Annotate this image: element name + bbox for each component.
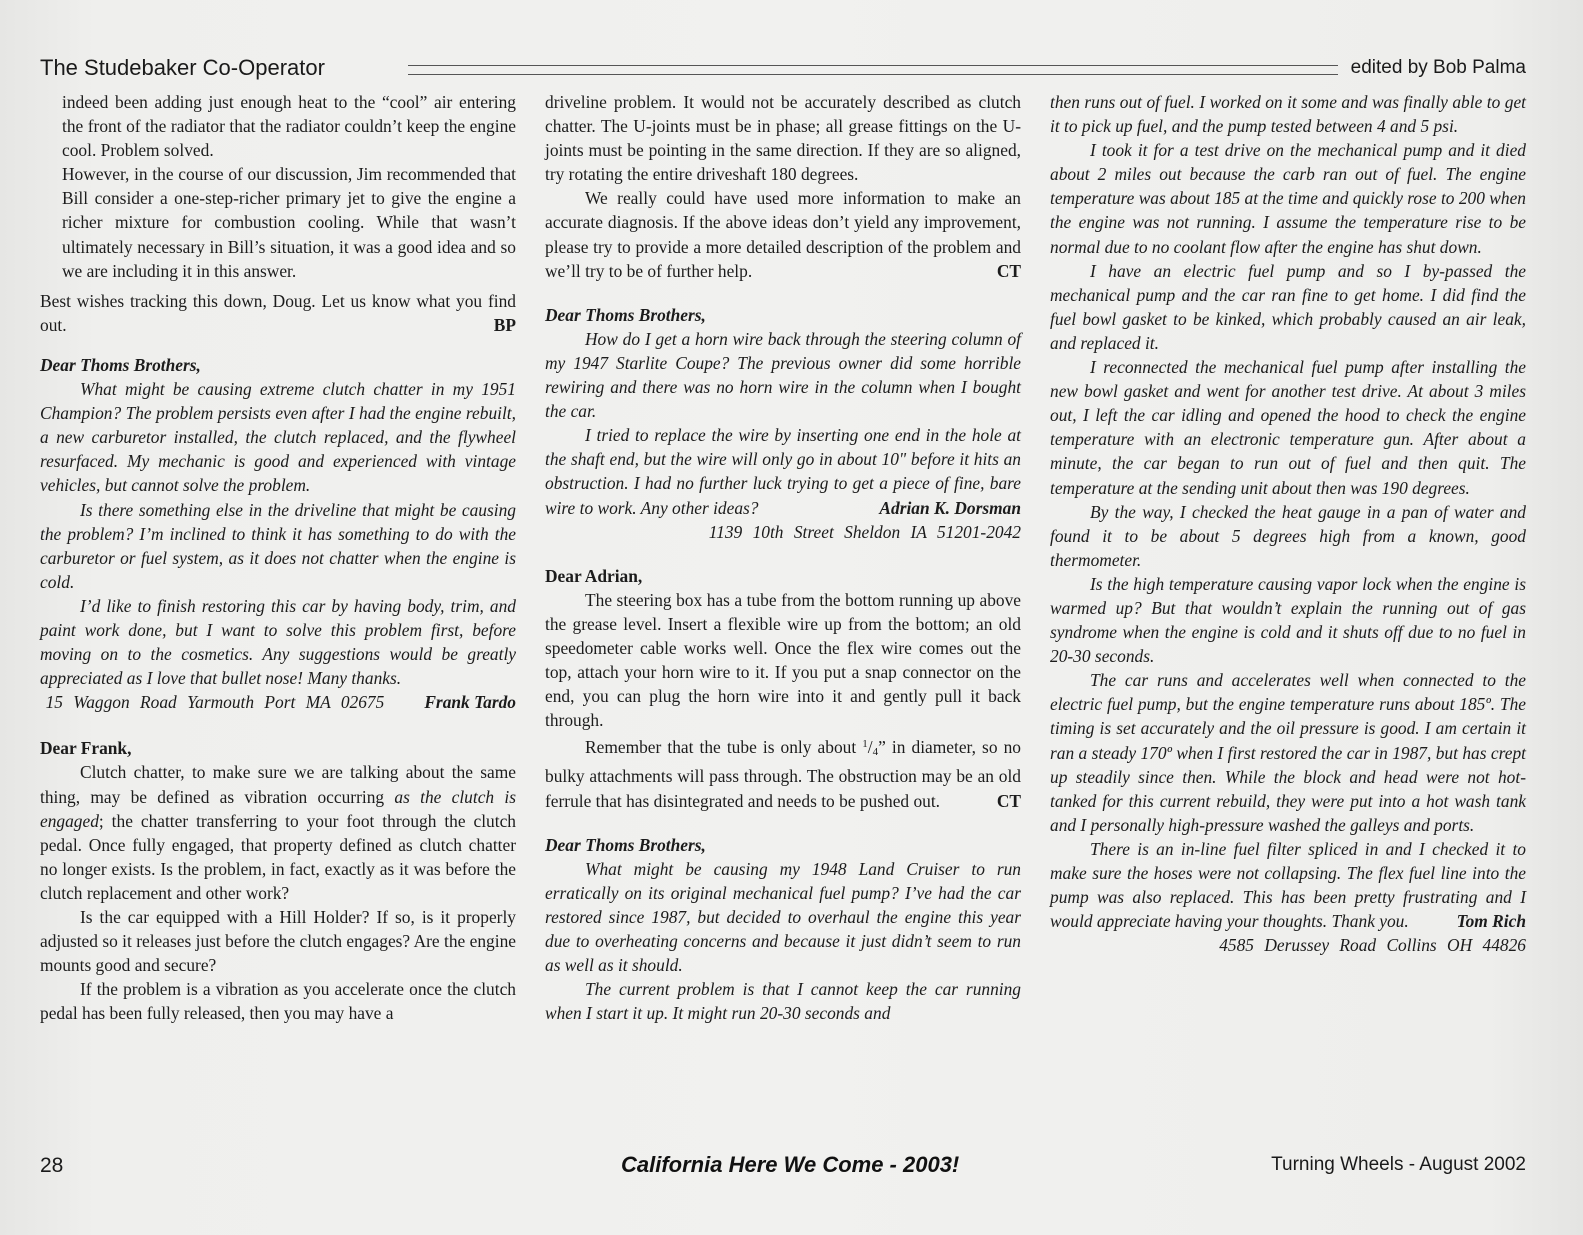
letter-paragraph: then runs out of fuel. I worked on it so… [1050, 90, 1526, 138]
reply-salutation: Dear Frank, [40, 736, 516, 760]
reply-paragraph: We really could have used more informati… [545, 186, 1021, 282]
letter-signature: Frank Tardo [384, 690, 516, 714]
reply-paragraph: Is the car equipped with a Hill Holder? … [40, 905, 516, 977]
letter-paragraph: The car runs and accelerates well when c… [1050, 668, 1526, 837]
letter-paragraph: Is there something else in the driveline… [40, 498, 516, 594]
letter-paragraph: What might be causing my 1948 Land Cruis… [545, 857, 1021, 977]
magazine-issue: Turning Wheels - August 2002 [1271, 1154, 1526, 1176]
column-2: driveline problem. It would not be accur… [545, 90, 1021, 1025]
letter-salutation: Dear Thoms Brothers, [545, 303, 1021, 327]
reply-paragraph: If the problem is a vibration as you acc… [40, 977, 516, 1025]
letter-paragraph: I took it for a test drive on the mechan… [1050, 138, 1526, 258]
editor-credit: edited by Bob Palma [1351, 57, 1526, 79]
footer-slogan: California Here We Come - 2003! [621, 1152, 959, 1178]
reply-text: We really could have used more informati… [545, 188, 1021, 280]
letter-paragraph: What might be causing extreme clutch cha… [40, 377, 516, 497]
letter-paragraph: How do I get a horn wire back through th… [545, 327, 1021, 423]
reply-salutation: Dear Adrian, [545, 564, 1021, 588]
letter-address: 1139 10th Street Sheldon IA 51201-2042 [545, 520, 1021, 544]
letter-paragraph: By the way, I checked the heat gauge in … [1050, 500, 1526, 572]
initials: CT [957, 789, 1021, 813]
header-double-rule [408, 65, 1338, 75]
letter-signature: Adrian K. Dorsman [839, 496, 1021, 520]
reply-paragraph: Remember that the tube is only about 1/4… [545, 732, 1021, 812]
letter-signature: Tom Rich [1417, 909, 1526, 933]
letter-paragraph: I’d like to finish restoring this car by… [40, 594, 516, 690]
letter-paragraph: I tried to replace the wire by inserting… [545, 423, 1021, 519]
page-number: 28 [40, 1154, 63, 1178]
letter-paragraph: Is the high temperature causing vapor lo… [1050, 572, 1526, 668]
letter-paragraph: There is an in-line fuel filter spliced … [1050, 837, 1526, 933]
letter-salutation: Dear Thoms Brothers, [40, 353, 516, 377]
initials: CT [957, 259, 1021, 283]
continued-paragraph: indeed been adding just enough heat to t… [40, 90, 516, 162]
letter-salutation: Dear Thoms Brothers, [545, 833, 1021, 857]
reply-paragraph: The steering box has a tube from the bot… [545, 588, 1021, 733]
reply-text: Remember that the tube is only about [585, 737, 862, 757]
letter-paragraph: I reconnected the mechanical fuel pump a… [1050, 355, 1526, 500]
reply-paragraph: Clutch chatter, to make sure we are talk… [40, 760, 516, 905]
column-1: indeed been adding just enough heat to t… [40, 90, 516, 1025]
letter-paragraph: The current problem is that I cannot kee… [545, 977, 1021, 1025]
column-3: then runs out of fuel. I worked on it so… [1050, 90, 1526, 957]
initials: BP [494, 313, 516, 337]
letter-paragraph: I have an electric fuel pump and so I by… [1050, 259, 1526, 355]
column-title: The Studebaker Co-Operator [40, 55, 325, 81]
letter-text: I’d like to finish restoring this car by… [40, 596, 516, 688]
page-header: The Studebaker Co-Operator edited by Bob… [40, 55, 1526, 85]
reply-text: ; the chatter transferring to your foot … [40, 811, 516, 903]
continued-paragraph: However, in the course of our discussion… [40, 162, 516, 282]
reply-paragraph: driveline problem. It would not be accur… [545, 90, 1021, 186]
closing-text: Best wishes tracking this down, Doug. Le… [40, 291, 516, 335]
letter-address: 4585 Derussey Road Collins OH 44826 [1050, 933, 1526, 957]
closing-line: Best wishes tracking this down, Doug. Le… [40, 289, 516, 337]
magazine-page: The Studebaker Co-Operator edited by Bob… [0, 0, 1583, 1235]
fraction-numerator: 1 [862, 738, 868, 750]
